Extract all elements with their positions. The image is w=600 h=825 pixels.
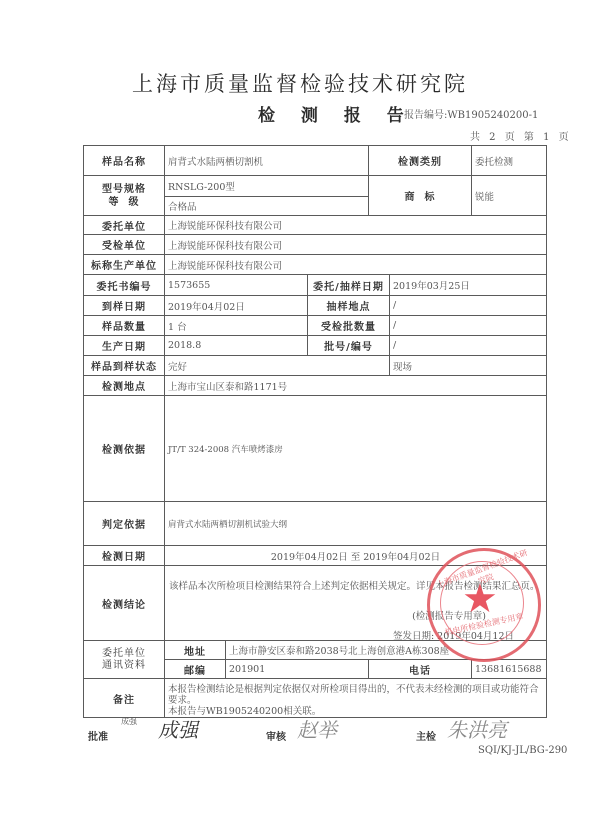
label-test-basis: 检测依据 [84,396,165,502]
inspector-label: 主检 [416,728,436,743]
label-contact: 委托单位通讯资料 [84,641,165,679]
label-test-site: 检测地点 [84,376,165,396]
value-conclusion: 该样品本次所检项目检测结果符合上述判定依据相关规定。详见本报告检测结果汇总页。 [169,578,540,592]
row-test-basis: 检测依据 JT/T 324-2008 汽车喷烤漆房 [84,396,547,502]
value-remarks: 本报告检测结论是根据判定依据仅对所检项目得出的，不代表未经检测的项目或功能符合要… [165,679,547,718]
row-inspected-unit: 受检单位 上海锐能环保科技有限公司 [84,235,547,255]
value-brand: 锐能 [472,176,547,216]
value-production-date: 2018.8 [165,336,308,356]
value-commission-no: 1573655 [165,275,308,296]
label-commission-no: 委托书编号 [84,275,165,296]
value-sample-qty: 1 台 [165,316,308,336]
value-judgment-basis: 肩背式水陆两栖切割机试验大纲 [165,502,547,546]
label-contact-2: 通讯资料 [87,660,161,672]
report-number-label: 报告编号: [404,110,447,121]
value-batch-qty: / [390,316,547,336]
report-number: 报告编号:WB1905240200-1 [404,106,538,121]
label-arrival-date: 到样日期 [84,296,165,316]
review-label: 审核 [266,728,286,743]
label-test-type: 检测类别 [369,146,472,176]
value-client: 上海锐能环保科技有限公司 [165,216,547,235]
conclusion-seal-note: (检测报告专用章) [412,608,486,622]
value-test-type: 委托检测 [472,146,547,176]
row-quantity: 样品数量 1 台 受检批数量 / [84,316,547,336]
value-postcode: 201901 [226,660,369,679]
row-sample-name: 样品名称 肩背式水陆两栖切割机 检测类别 委托检测 [84,146,547,176]
value-conclusion-cell: 该样品本次所检项目检测结果符合上述判定依据相关规定。详见本报告检测结果汇总页。 … [165,566,547,641]
label-model: 型号规格 [87,183,161,196]
value-test-basis: JT/T 324-2008 汽车喷烤漆房 [165,396,547,502]
inspector-signature: 朱洪亮 [447,714,507,743]
label-brand: 商 标 [369,176,472,216]
page-info: 共 2 页 第 1 页 [470,128,572,143]
report-table: 样品名称 肩背式水陆两栖切割机 检测类别 委托检测 型号规格等 级 RNSLG-… [83,145,547,718]
value-model: RNSLG-200型 [165,176,369,197]
label-client: 委托单位 [84,216,165,235]
approve-signature: 成强 [158,714,198,743]
label-batch-qty: 受检批数量 [308,316,390,336]
label-grade: 等 级 [87,196,161,209]
label-postcode: 邮编 [165,660,226,679]
value-arrival-date: 2019年04月02日 [165,296,308,316]
value-batch-no: / [390,336,547,356]
row-model: 型号规格等 级 RNSLG-200型 商 标 锐能 [84,176,547,197]
row-remarks: 备注 本报告检测结论是根据判定依据仅对所检项目得出的，不代表未经检测的项目或功能… [84,679,547,718]
label-contact-1: 委托单位 [87,648,161,660]
remarks-line-1: 本报告检测结论是根据判定依据仅对所检项目得出的，不代表未经检测的项目或功能符合要… [168,684,543,706]
value-test-date: 2019年04月02日 至 2019年04月02日 [165,546,547,566]
label-sampling-place: 抽样地点 [308,296,390,316]
document-title: 检 测 报 告 [258,101,414,126]
row-production: 生产日期 2018.8 批号/编号 / [84,336,547,356]
label-conclusion: 检测结论 [84,566,165,641]
value-sample-name: 肩背式水陆两栖切割机 [165,146,369,176]
label-batch-no: 批号/编号 [308,336,390,356]
label-sample-state: 样品到样状态 [84,356,165,376]
label-sample-qty: 样品数量 [84,316,165,336]
value-phone: 13681615688 [472,660,547,679]
value-manufacturer: 上海锐能环保科技有限公司 [165,255,547,275]
value-sample-state-extra: 现场 [390,356,547,376]
label-sample-name: 样品名称 [84,146,165,176]
label-remarks: 备注 [84,679,165,718]
label-address: 地址 [165,641,226,660]
value-commission-date: 2019年03月25日 [390,275,547,296]
value-inspected-unit: 上海锐能环保科技有限公司 [165,235,547,255]
label-production-date: 生产日期 [84,336,165,356]
row-client: 委托单位 上海锐能环保科技有限公司 [84,216,547,235]
row-test-site: 检测地点 上海市宝山区泰和路1171号 [84,376,547,396]
row-arrival: 到样日期 2019年04月02日 抽样地点 / [84,296,547,316]
value-test-site: 上海市宝山区泰和路1171号 [165,376,547,396]
label-manufacturer: 标称生产单位 [84,255,165,275]
review-signature: 赵举 [297,714,337,743]
value-address: 上海市静安区泰和路2038号北上海创意港A栋308座 [226,641,547,660]
row-sample-state: 样品到样状态 完好 现场 [84,356,547,376]
value-sample-state: 完好 [165,356,390,376]
row-judgment-basis: 判定依据 肩背式水陆两栖切割机试验大纲 [84,502,547,546]
issue-date: 签发日期: 2019年04月12日 [393,628,514,641]
label-commission-date: 委托/抽样日期 [308,275,390,296]
value-grade: 合格品 [165,197,369,216]
label-inspected-unit: 受检单位 [84,235,165,255]
institute-title: 上海市质量监督检验技术研究院 [0,68,600,98]
row-commission: 委托书编号 1573655 委托/抽样日期 2019年03月25日 [84,275,547,296]
label-model-grade: 型号规格等 级 [84,176,165,216]
approve-label: 批准 [88,728,108,743]
value-sampling-place: / [390,296,547,316]
approve-printed-name: 成强 [121,716,137,727]
row-contact-address: 委托单位通讯资料 地址 上海市静安区泰和路2038号北上海创意港A栋308座 [84,641,547,660]
row-manufacturer: 标称生产单位 上海锐能环保科技有限公司 [84,255,547,275]
label-judgment-basis: 判定依据 [84,502,165,546]
row-test-date: 检测日期 2019年04月02日 至 2019年04月02日 [84,546,547,566]
label-phone: 电话 [369,660,472,679]
form-code: SQI/KJ-JL/BG-290 [478,745,567,756]
label-test-date: 检测日期 [84,546,165,566]
row-conclusion: 检测结论 该样品本次所检项目检测结果符合上述判定依据相关规定。详见本报告检测结果… [84,566,547,641]
report-number-value: WB1905240200-1 [447,110,538,121]
